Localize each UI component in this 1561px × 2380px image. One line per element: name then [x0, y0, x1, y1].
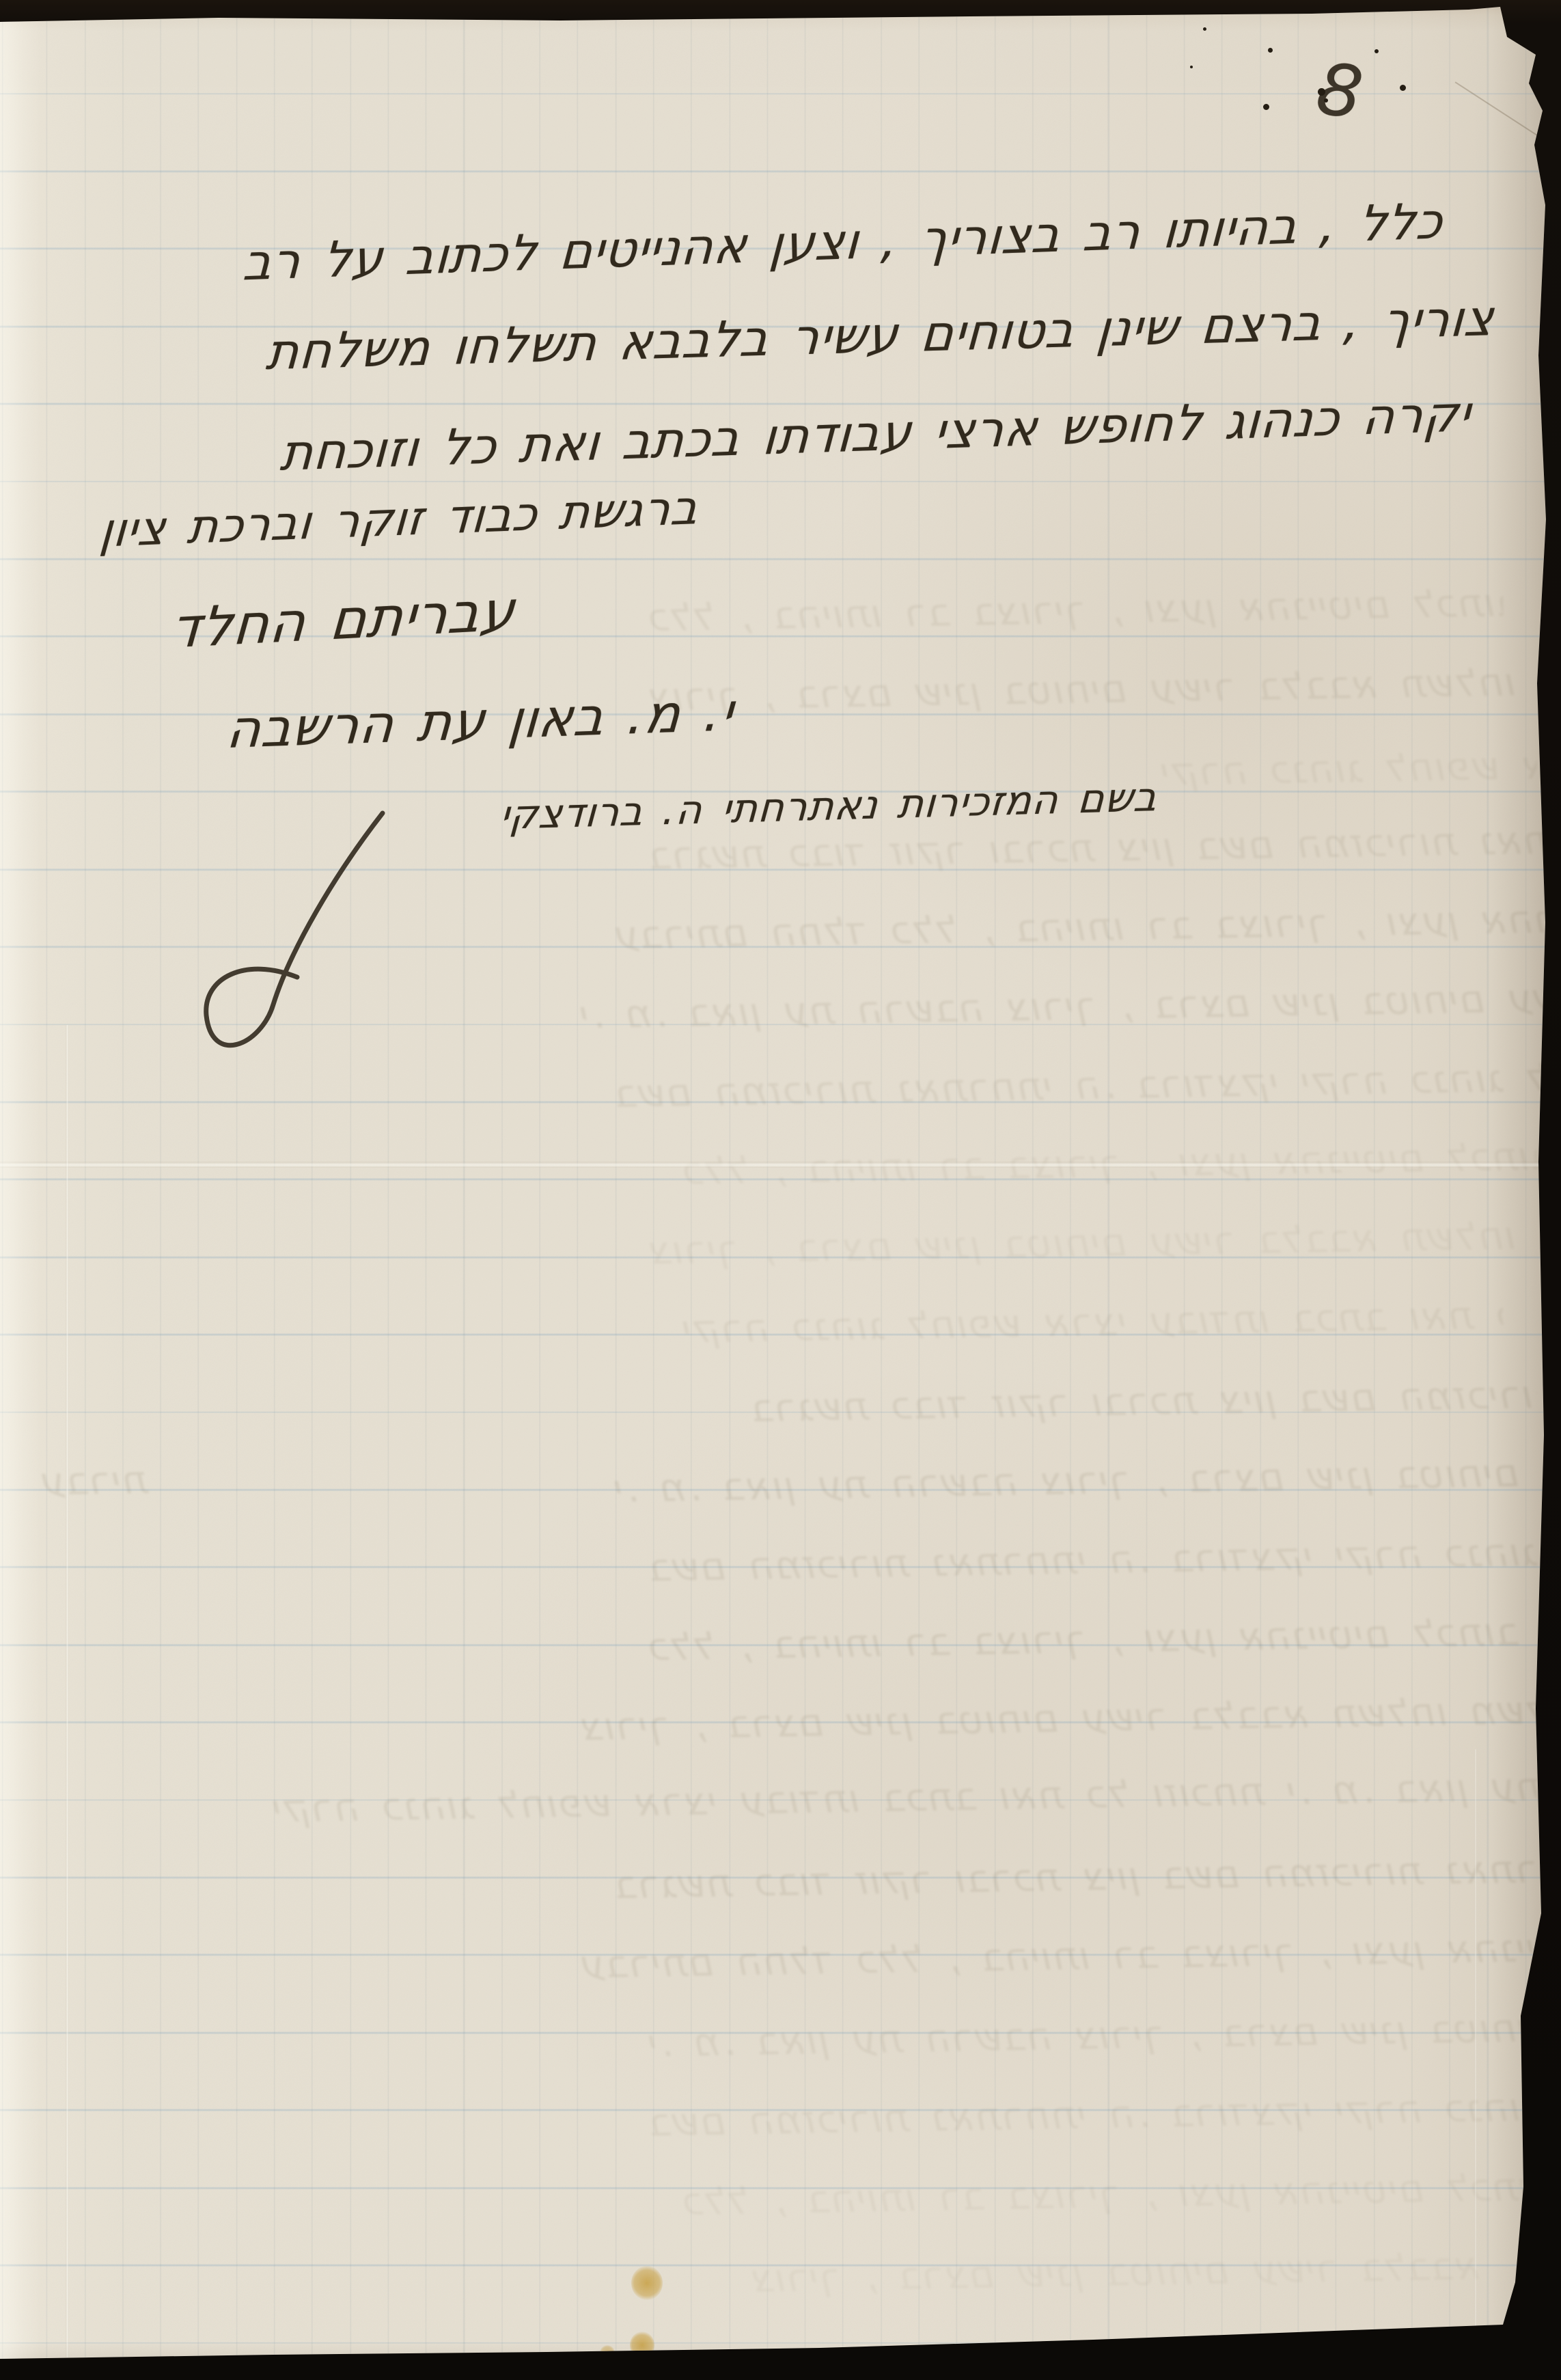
bleedthrough-line: יקרה כנהוג לחופש ארצי עבודתו בכתב ואת כל… — [683, 1297, 1504, 1350]
closing-blessing-line: ברגשת כבוד זוקר וברכת ציון — [156, 484, 700, 553]
ink-speck — [1374, 49, 1379, 53]
bleedthrough-line: צוריך , ברצם שינן בטוחים עשיר בלבבא תשלח… — [581, 1692, 1538, 1747]
bleedthrough-line: כלל , בהיותו רב בצוריך , וצען אהנייטים ל… — [649, 584, 1504, 638]
handwritten-line-3: יקרה כנהוג לחופש ארצי עבודתו בכתב ואת כל… — [64, 388, 1472, 487]
ink-speck — [1190, 66, 1193, 68]
bleedthrough-line: בשם המזכירות נאתרחתי ה. ברודצקי יקרה כנה… — [649, 2089, 1538, 2143]
ink-speck — [1203, 27, 1206, 31]
ink-speck — [1400, 85, 1406, 91]
corner-tear-crease — [1455, 81, 1542, 138]
bleedthrough-line: עבריתם החלד כלל , בהיותו רב בצוריך , וצע… — [615, 901, 1545, 955]
bleedthrough-line: בשם המזכירות נאתרחתי ה. ברודצקי יקרה כנה… — [615, 1059, 1545, 1114]
bleedthrough-line: צוריך , ברצם שינן בטוחים עשיר בלבבא תשלח… — [751, 2247, 1504, 2298]
ink-speck — [1268, 48, 1273, 53]
stain — [600, 2345, 615, 2360]
bleedthrough-line: כלל , בהיותו רב בצוריך , וצען אהנייטים ל… — [649, 1613, 1538, 1667]
bleedthrough-line: עבריתם החלד כלל , בהיותו רב בצוריך , וצע… — [581, 1930, 1538, 1984]
letter-page: 8 כלל , בהיותו רב בצוריך , וצען אהנייטים… — [0, 0, 1561, 2380]
bleedthrough-line: צוריך , ברצם שינן בטוחים עשיר בלבבא תשלח… — [649, 664, 1538, 717]
ink-speck — [1318, 88, 1325, 96]
stain — [631, 2266, 663, 2300]
signature-organization-line: בשם המזכירות נאתרחתי ה. ברודצקי — [205, 776, 1159, 845]
bleedthrough-line: ברגשת כבוד זוקר וברכת ציון בשם המזכירות … — [615, 1850, 1538, 1905]
bleedthrough-line: י. מ. באון עת הרשבה צוריך , ברצם שינן בט… — [615, 1454, 1538, 1509]
vertical-crease-right — [1474, 1749, 1477, 2337]
bleedthrough-line: יקרה כנהוג לחופש ארצי עבודתו בכתב ואת כל… — [273, 1768, 1538, 1829]
handwritten-line-1: כלל , בהיותו רב בצוריך , וצען אהנייטים ל… — [81, 195, 1445, 295]
bleedthrough-line: צוריך , ברצם שינן בטוחים עשיר בלבבא תשלח… — [649, 1217, 1538, 1271]
bleedthrough-line: ברגשת כבוד זוקר וברכת ציון בשם המזכירות … — [751, 1376, 1538, 1428]
closing-word: עבריתם החלד — [181, 582, 518, 657]
bleedthrough-line: כלל , בהיותו רב בצוריך , וצען אהנייטים ל… — [683, 2168, 1538, 2221]
bleedthrough-line: יקרה כנהוג לחופש ארצי עבודתו בכתב ואת כל… — [1161, 747, 1538, 792]
horizontal-fold-crease — [0, 1162, 1561, 1168]
bleedthrough-line: עבריתם החלד כלל , בהיותו רב בצוריך , וצע… — [41, 1462, 151, 1502]
bleedthrough-line: י. מ. באון עת הרשבה צוריך , ברצם שינן בט… — [649, 2010, 1538, 2064]
bleedthrough-line: י. מ. באון עת הרשבה צוריך , ברצם שינן בט… — [581, 980, 1545, 1035]
stain — [630, 2331, 654, 2359]
vertical-crease-left — [66, 1025, 69, 2357]
signature-name: י. מ. באון עת הרשבה — [191, 685, 736, 758]
handwritten-line-2: צוריך , ברצם שינן בטוחים עשיר בלבבא תשלח… — [64, 292, 1496, 384]
ink-speck — [1324, 98, 1328, 102]
ink-speck — [1263, 104, 1269, 110]
scan-backdrop: 8 כלל , בהיותו רב בצוריך , וצען אהנייטים… — [0, 0, 1561, 2380]
bleedthrough-line: בשם המזכירות נאתרחתי ה. ברודצקי יקרה כנה… — [649, 1534, 1538, 1588]
